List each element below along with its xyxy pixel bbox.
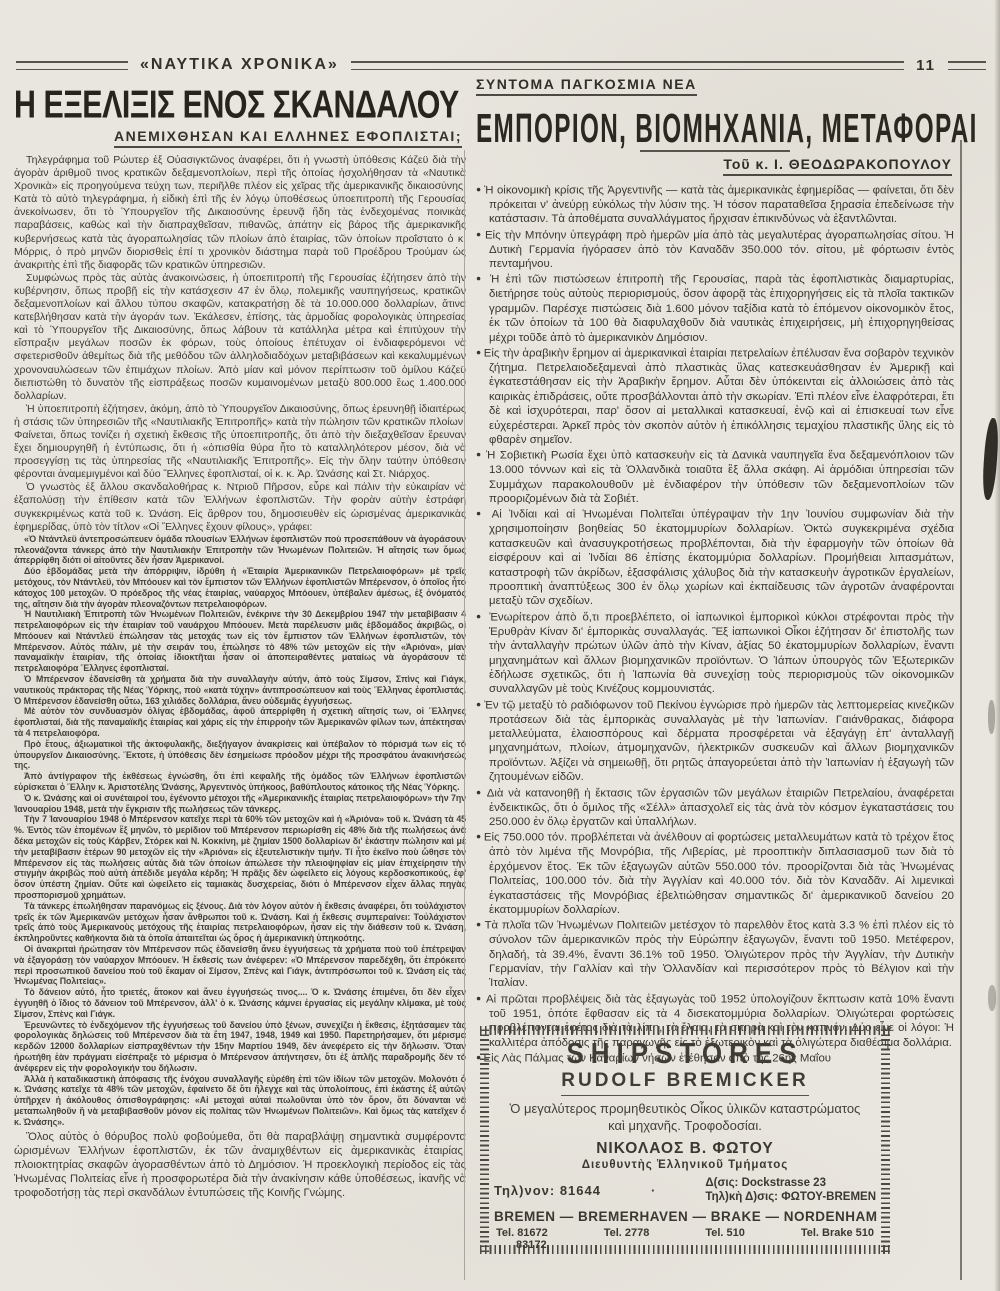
quoted-paragraph: Τὴν 7 Ἰανουαρίου 1948 ὁ Μπέρενσον κατεῖχ…: [14, 814, 466, 900]
masthead-rule-left: [16, 61, 128, 70]
page-number: 11: [916, 57, 936, 74]
quoted-paragraph: Ἀπὸ ἀντίγραφον τῆς ἐκθέσεως ἐγνώσθη, ὅτι…: [14, 771, 466, 793]
ad-telephones-row: Tel. 81672 Tel. 2778 Tel. 510 Tel. Brake…: [494, 1227, 876, 1239]
ad-address: Δ(σις: Dockstrasse 23: [705, 1177, 826, 1189]
ad-title: SHIPSTORES: [494, 1036, 876, 1071]
article-paragraph: Ἡ ὑποεπιτροπὴ ἐζήτησεν, ἀκόμη, ἀπὸ τὸ Ὑπ…: [14, 403, 466, 482]
news-item: Ἡ οἰκονομικὴ κρίσις τῆς Ἀργεντινῆς — κατ…: [476, 182, 954, 227]
quoted-paragraph: Πρὸ ἔτους, ἀξιωματικοὶ τῆς ἀκτοφυλακῆς, …: [14, 739, 466, 771]
ad-tel-bremen-2: 83172: [494, 1239, 876, 1251]
ad-description: Ὁ μεγαλύτερος προμηθευτικὸς Οἶκος ὑλικῶν…: [505, 1101, 865, 1134]
news-item: Ἐνωρίτερον ἀπὸ ὅ,τι προεβλέπετο, οἱ ἰαπω…: [476, 609, 954, 697]
newspaper-page: «ΝΑΥΤΙΚΑ ΧΡΟΝΙΚΑ» 11 Η ΕΞΕΛΙΞΙΣ ΕΝΟΣ ΣΚΑ…: [0, 0, 1000, 1291]
news-item: Αἱ Ἰνδίαι καὶ αἱ Ἡνωμέναι Πολιτεῖαι ὑπέγ…: [476, 506, 954, 608]
quoted-paragraph: Ὁ Μπέρενσον ἐδανείσθη τὰ χρήματα διὰ τὴν…: [14, 674, 466, 706]
news-item: Ἡ Σοβιετικὴ Ρωσία ἔχει ὑπὸ κατασκευὴν εἰ…: [476, 447, 954, 506]
scan-edge-shade: [994, 0, 1000, 1291]
quoted-paragraph: Ἀλλὰ ἡ καταδικαστικὴ ἀπόφασις τῆς ἐνόχου…: [14, 1074, 466, 1128]
quoted-paragraph: Τὸ δάνειον αὐτό, ἦτο τριετές, ἄτοκον καὶ…: [14, 987, 466, 1019]
column-divider-rule: [464, 150, 465, 1280]
quoted-paragraph: Οἱ ἀνακριταὶ ἠρώτησαν τὸν Μπέρενσον πῶς …: [14, 944, 466, 987]
masthead-rule-middle: [351, 61, 904, 70]
quoted-paragraph: Δύο ἑβδομάδας μετὰ τὴν ἀπόρριψιν, ἱδρύθη…: [14, 566, 466, 609]
ad-contact-name: ΝΙΚΟΛΑΟΣ Β. ΦΩΤΟΥ: [494, 1140, 876, 1158]
quoted-paragraph: Ὁ κ. Ὠνάσης καὶ οἱ συνέταιροί του, ἐγένο…: [14, 793, 466, 815]
ad-subtitle: RUDOLF BREMICKER: [561, 1070, 809, 1096]
section-label: ΣΥΝΤΟΜΑ ΠΑΓΚΟΣΜΙΑ ΝΕΑ: [476, 76, 697, 96]
ad-phone: Τηλ)νον: 81644: [494, 1183, 601, 1198]
ad-tel-brake: Tel. 510: [705, 1227, 745, 1239]
quoted-paragraph: Ἐρευνῶντες τὸ ἐνδεχόμενον τῆς ἐγγυήσεως …: [14, 1020, 466, 1074]
quoted-paragraph: Ἡ Ναυτιλιακὴ Ἐπιτροπὴ τῶν Ἡνωμένων Πολιτ…: [14, 609, 466, 674]
news-item: Τὰ πλοῖα τῶν Ἡνωμένων Πολιτειῶν μετέσχον…: [476, 917, 954, 991]
news-item: Ἡ ἐπὶ τῶν πιστώσεων ἐπιτροπὴ τῆς Γερουσί…: [476, 271, 954, 345]
ad-tel-bremen: Tel. 81672: [496, 1227, 548, 1239]
ad-contact-row: Τηλ)νον: 81644 · Δ(σις: Dockstrasse 23 Τ…: [494, 1176, 876, 1204]
ad-border-left: [480, 1028, 489, 1252]
news-list: Ἡ οἰκονομικὴ κρίσις τῆς Ἀργεντινῆς — κατ…: [476, 182, 954, 1066]
world-news-column: ΣΥΝΤΟΜΑ ΠΑΓΚΟΣΜΙΑ ΝΕΑ ΕΜΠΟΡΙΟΝ, ΒΙΟΜΗΧΑΝ…: [476, 76, 954, 1066]
ad-separator-dot: ·: [651, 1183, 655, 1198]
news-item: Διὰ νὰ κατανοηθῇ ἡ ἔκτασις τῶν ἐργασιῶν …: [476, 785, 954, 830]
ad-border-top: [480, 1026, 890, 1035]
ad-cities: BREMEN — BREMERHAVEN — BRAKE — NORDENHAM: [494, 1209, 876, 1224]
article-paragraph: Τηλεγράφημα τοῦ Ρώυτερ ἐξ Οὐασιγκτῶνος ἀ…: [14, 154, 466, 272]
ad-contact-role: Διευθυντὴς Ἑλληνικοῦ Τμήματος: [494, 1159, 876, 1171]
publication-title: «ΝΑΥΤΙΚΑ ΧΡΟΝΙΚΑ»: [140, 56, 339, 74]
article-paragraph: Ὁ γνωστὸς ἐξ ἄλλου σκανδαλοθήρας κ. Ντρι…: [14, 481, 466, 533]
news-item: Εἰς 750.000 τόν. προβλέπεται νὰ ἀνέλθουν…: [476, 829, 954, 917]
left-article: Η ΕΞΕΛΙΞΙΣ ΕΝΟΣ ΣΚΑΝΔΑΛΟΥ ΑΝΕΜΙΧΘΗΣΑΝ ΚΑ…: [14, 82, 466, 1200]
quoted-paragraph: «Ὁ Ντάντλεϋ ἀντεπροσώπευεν ὁμάδα πλουσίω…: [14, 534, 466, 566]
ad-border-right: [881, 1028, 890, 1252]
quoted-paragraph: Τὰ τάνκερς ἐπωλήθησαν παρανόμως εἰς ξένο…: [14, 901, 466, 944]
masthead: «ΝΑΥΤΙΚΑ ΧΡΟΝΙΚΑ» 11: [16, 56, 986, 74]
scan-artifact: [988, 700, 995, 734]
news-headline: ΕΜΠΟΡΙΟΝ, ΒΙΟΜΗΧΑΝΙΑ, ΜΕΤΑΦΟΡΑΙ: [476, 106, 906, 169]
masthead-rule-right: [948, 61, 986, 70]
shipstores-advertisement: SHIPSTORES RUDOLF BREMICKER Ὁ μεγαλύτερο…: [480, 1026, 890, 1254]
news-item: Εἰς τὴν ἀραβικὴν ἔρημον αἱ ἀμερικανικαὶ …: [476, 345, 954, 447]
article-closing-paragraph: Ὅλος αὐτὸς ὁ θόρυβος πολὺ φοβούμεθα, ὅτι…: [14, 1130, 466, 1200]
ad-address-block: Δ(σις: Dockstrasse 23 Τηλ)κὴ Δ)σις: ΦΩΤΟ…: [705, 1176, 876, 1204]
ad-telegraph-address: Τηλ)κὴ Δ)σις: ΦΩΤΟΥ-BREMEN: [705, 1191, 876, 1203]
article-paragraph: Συμφώνως πρὸς τὰς αὐτὰς ἀνακοινώσεις, ἡ …: [14, 272, 466, 403]
news-item: Εἰς τὴν Μπόνην ὑπεγράφη πρὸ ἡμερῶν μία ἀ…: [476, 227, 954, 272]
ad-tel-bremerhaven: Tel. 2778: [604, 1227, 650, 1239]
quoted-paragraph: Μὲ αὐτὸν τὸν συνδυασμὸν ὀλίγας ἑβδομάδας…: [14, 706, 466, 738]
article-headline: Η ΕΞΕΛΙΞΙΣ ΕΝΟΣ ΣΚΑΝΔΑΛΟΥ: [14, 82, 430, 134]
article-body: Τηλεγράφημα τοῦ Ρώυτερ ἐξ Οὐασιγκτῶνος ἀ…: [14, 154, 466, 1200]
ad-content: SHIPSTORES RUDOLF BREMICKER Ὁ μεγαλύτερο…: [494, 1038, 876, 1244]
scan-artifact: [988, 985, 996, 1011]
ad-tel-nordenham: Tel. Brake 510: [801, 1227, 874, 1239]
right-margin-rule: [960, 140, 962, 1280]
news-item: Ἐν τῷ μεταξὺ τὸ ραδιόφωνον τοῦ Πεκίνου ἐ…: [476, 697, 954, 785]
